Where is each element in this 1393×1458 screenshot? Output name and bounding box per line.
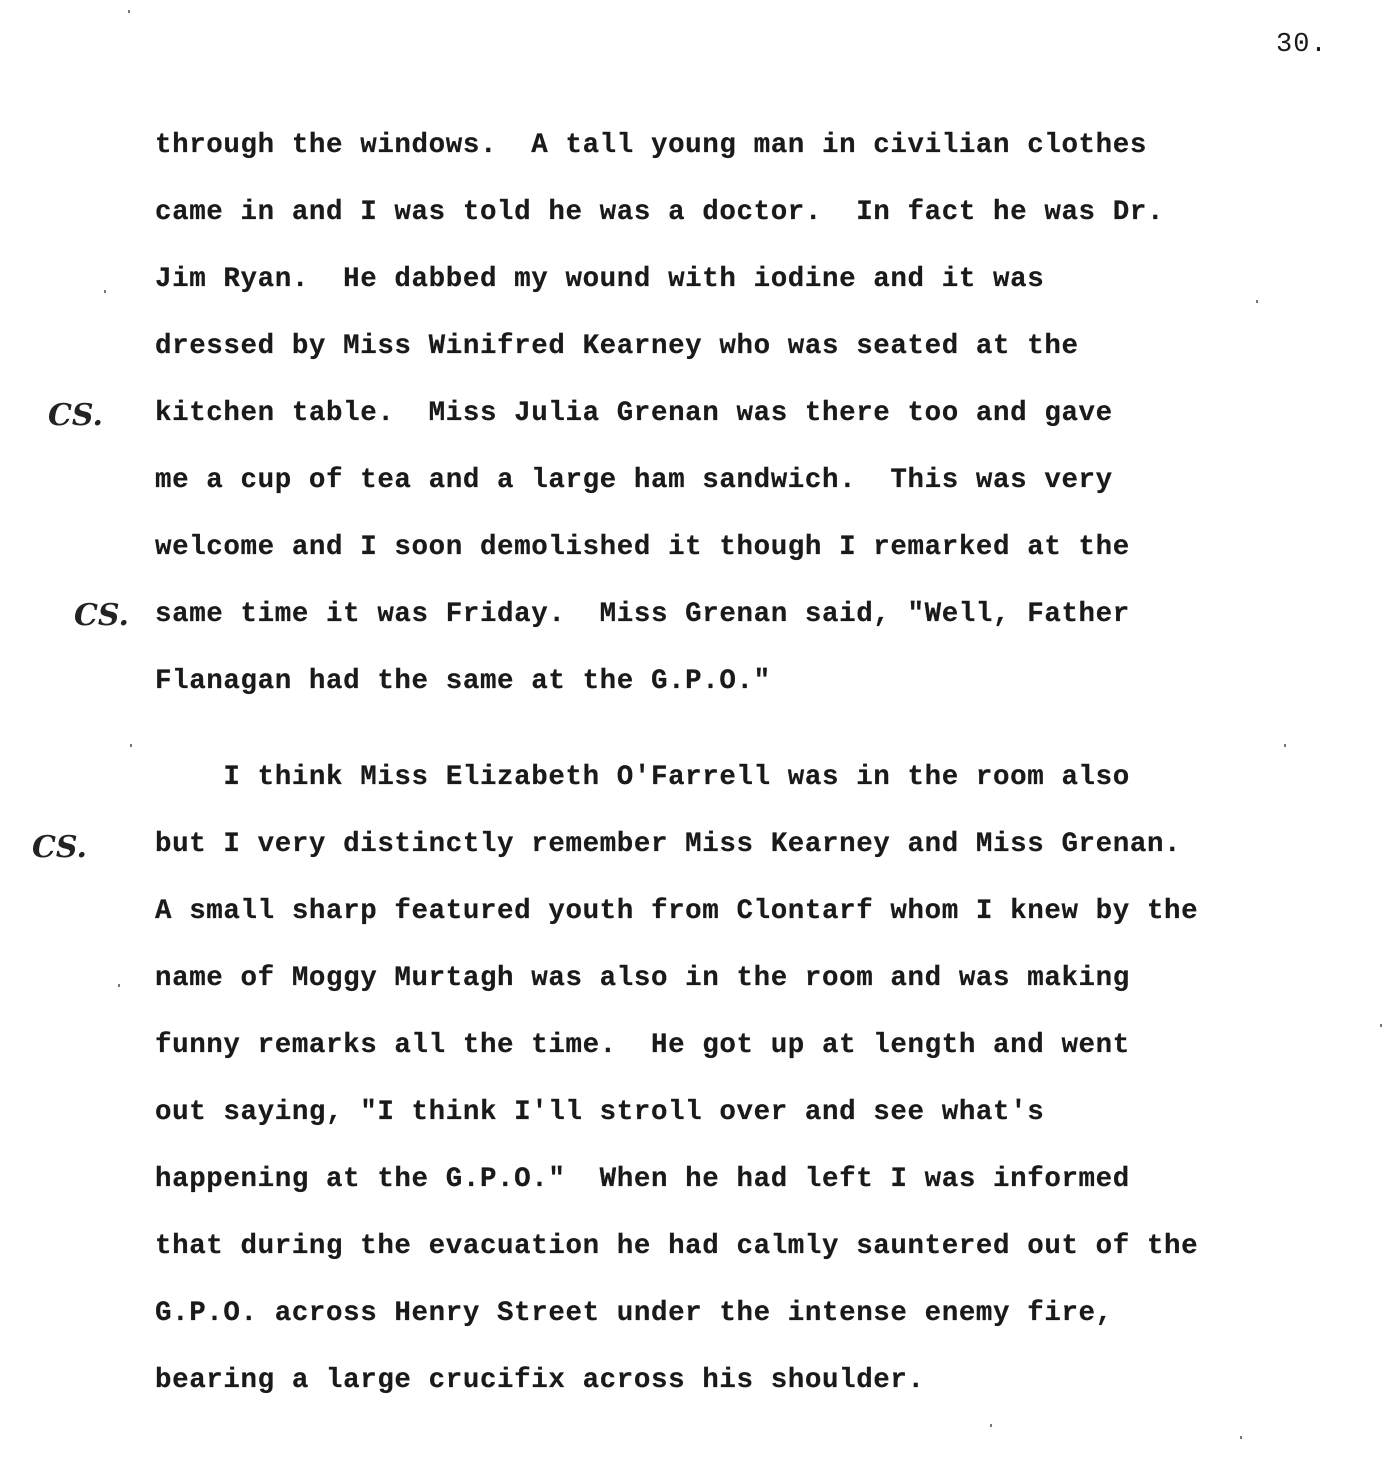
text-line: I think Miss Elizabeth O'Farrell was in … (155, 762, 1130, 793)
text-line: G.P.O. across Henry Street under the int… (155, 1298, 1113, 1329)
text-line: that during the evacuation he had calmly… (155, 1231, 1198, 1262)
scan-speck (990, 1424, 992, 1427)
scan-speck (104, 290, 106, 293)
text-line: funny remarks all the time. He got up at… (155, 1030, 1130, 1061)
text-line: kitchen table. Miss Julia Grenan was the… (155, 398, 1113, 429)
handwritten-initials-mark: CS. (74, 598, 129, 633)
text-line: through the windows. A tall young man in… (155, 130, 1147, 161)
scan-speck (1240, 1436, 1242, 1439)
typescript-page: 30. CS. CS. CS. through the windows. A t… (0, 0, 1393, 1458)
text-line: A small sharp featured youth from Clonta… (155, 896, 1198, 927)
text-line: happening at the G.P.O." When he had lef… (155, 1164, 1130, 1195)
scan-speck (130, 744, 132, 747)
scan-speck (1284, 744, 1286, 747)
scan-speck (1256, 300, 1258, 303)
text-line: bearing a large crucifix across his shou… (155, 1365, 925, 1396)
text-line: dressed by Miss Winifred Kearney who was… (155, 331, 1079, 362)
scan-speck (118, 984, 120, 987)
text-line: out saying, "I think I'll stroll over an… (155, 1097, 1044, 1128)
handwritten-initials-mark: CS. (48, 398, 103, 433)
text-line: me a cup of tea and a large ham sandwich… (155, 465, 1113, 496)
handwritten-initials-mark: CS. (32, 830, 87, 865)
text-line: but I very distinctly remember Miss Kear… (155, 829, 1181, 860)
scan-speck (1380, 1024, 1382, 1027)
text-line: Jim Ryan. He dabbed my wound with iodine… (155, 264, 1044, 295)
scan-speck (128, 10, 130, 13)
page-number: 30. (1276, 30, 1328, 60)
text-line: name of Moggy Murtagh was also in the ro… (155, 963, 1130, 994)
text-line: welcome and I soon demolished it though … (155, 532, 1130, 563)
text-line: same time it was Friday. Miss Grenan sai… (155, 599, 1130, 630)
text-line: Flanagan had the same at the G.P.O." (155, 666, 771, 697)
text-line: came in and I was told he was a doctor. … (155, 197, 1164, 228)
